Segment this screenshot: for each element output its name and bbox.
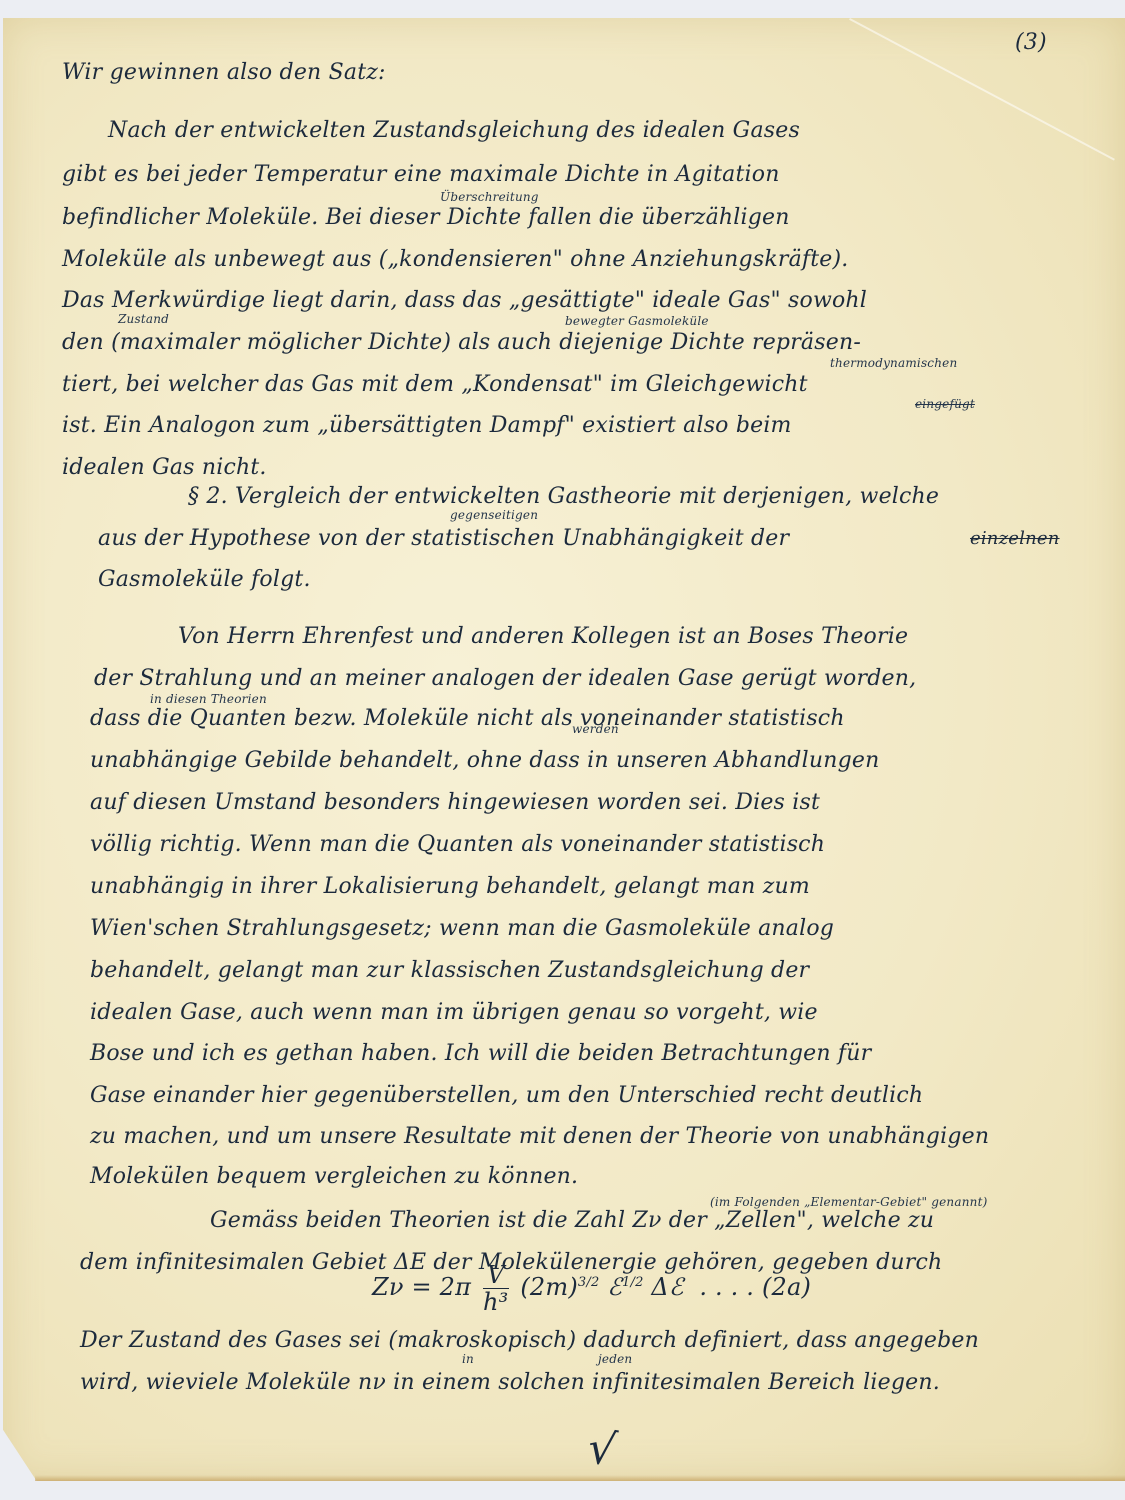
formula-2a: Zν = 2π V h³ (2m)3/2 ℰ1/2 Δℰ . . . . (2a…: [372, 1262, 811, 1315]
formula-exp-1-2: 1/2: [622, 1275, 644, 1290]
text-line: auf diesen Umstand besonders hingewiesen…: [90, 790, 820, 816]
formula-fraction: V h³: [483, 1262, 509, 1315]
formula-numerator: V: [483, 1262, 509, 1289]
text-line: Moleküle als unbewegt aus („kondensieren…: [62, 247, 848, 273]
insertion-ueberschreitung: Überschreitung: [440, 190, 539, 204]
text-line: Gemäss beiden Theorien ist die Zahl Zν d…: [210, 1208, 934, 1234]
formula-eq: = 2π: [412, 1273, 472, 1301]
paper-edge-stain: [35, 1475, 1125, 1481]
text-line: befindlicher Moleküle. Bei dieser Dichte…: [62, 205, 790, 231]
section-heading: Gasmoleküle folgt.: [98, 567, 311, 593]
insertion-bewegter-gasmolekuele: bewegter Gasmoleküle: [565, 314, 709, 328]
text-line: der Strahlung und an meiner analogen der…: [94, 666, 916, 692]
text-line: zu machen, und um unsere Resultate mit d…: [90, 1124, 989, 1150]
formula-energy: ℰ: [607, 1273, 622, 1301]
insertion-zustand: Zustand: [118, 312, 169, 326]
insertion-im-folgenden: (im Folgenden „Elementar-Gebiet" genannt…: [710, 1195, 987, 1209]
page-number: (3): [1015, 30, 1047, 55]
text-line: ist. Ein Analogon zum „übersättigten Dam…: [62, 413, 792, 439]
insertion-in-diesen-theorien: in diesen Theorien: [150, 692, 267, 706]
text-line: den (maximaler möglicher Dichte) als auc…: [62, 330, 861, 356]
insertion-in: in: [462, 1352, 474, 1366]
insertion-thermodynamischen: thermodynamischen: [830, 356, 957, 370]
formula-lhs: Zν: [372, 1273, 404, 1301]
text-line: gibt es bei jeder Temperatur eine maxima…: [62, 162, 780, 188]
text-line: unabhängig in ihrer Lokalisierung behand…: [90, 874, 810, 900]
text-line: behandelt, gelangt man zur klassischen Z…: [90, 958, 809, 984]
formula-mass-term: (2m): [520, 1273, 578, 1301]
insertion-eingefuegt: eingefügt: [915, 397, 975, 411]
text-line: idealen Gase, auch wenn man im übrigen g…: [90, 1000, 818, 1026]
text-line: tiert, bei welcher das Gas mit dem „Kond…: [62, 372, 808, 398]
text-line: Das Merkwürdige liegt darin, dass das „g…: [62, 288, 867, 314]
struck-einzelnen: einzelnen: [970, 526, 1060, 552]
text-line: unabhängige Gebilde behandelt, ohne dass…: [90, 748, 879, 774]
text-line: dass die Quanten bezw. Moleküle nicht al…: [90, 706, 845, 732]
insertion-jeden: jeden: [598, 1352, 632, 1366]
text-line: Gase einander hier gegenüberstellen, um …: [90, 1083, 923, 1109]
text-line: Der Zustand des Gases sei (makroskopisch…: [80, 1328, 979, 1354]
text-line: Wir gewinnen also den Satz:: [62, 60, 386, 86]
text-line: Von Herrn Ehrenfest und anderen Kollegen…: [178, 624, 908, 650]
text-line: wird, wieviele Moleküle nν in einem solc…: [80, 1370, 940, 1396]
formula-label: (2a): [762, 1273, 811, 1301]
insertion-werden: werden: [572, 722, 619, 736]
text-line: Wien'schen Strahlungsgesetz; wenn man di…: [90, 916, 834, 942]
text-line: völlig richtig. Wenn man die Quanten als…: [90, 832, 825, 858]
insertion-gegenseitigen: gegenseitigen: [450, 508, 538, 522]
section-heading: § 2. Vergleich der entwickelten Gastheor…: [188, 484, 939, 510]
formula-dots: . . . .: [699, 1273, 754, 1301]
text-line: idealen Gas nicht.: [62, 455, 267, 481]
text-line: Molekülen bequem vergleichen zu können.: [90, 1164, 578, 1190]
formula-delta-energy: Δℰ: [651, 1273, 683, 1301]
formula-exp-3-2: 3/2: [578, 1275, 600, 1290]
text-line: Nach der entwickelten Zustandsgleichung …: [108, 118, 800, 144]
formula-denominator: h³: [483, 1289, 509, 1315]
section-heading: aus der Hypothese von der statistischen …: [98, 526, 789, 552]
text-line: Bose und ich es gethan haben. Ich will d…: [90, 1041, 871, 1067]
